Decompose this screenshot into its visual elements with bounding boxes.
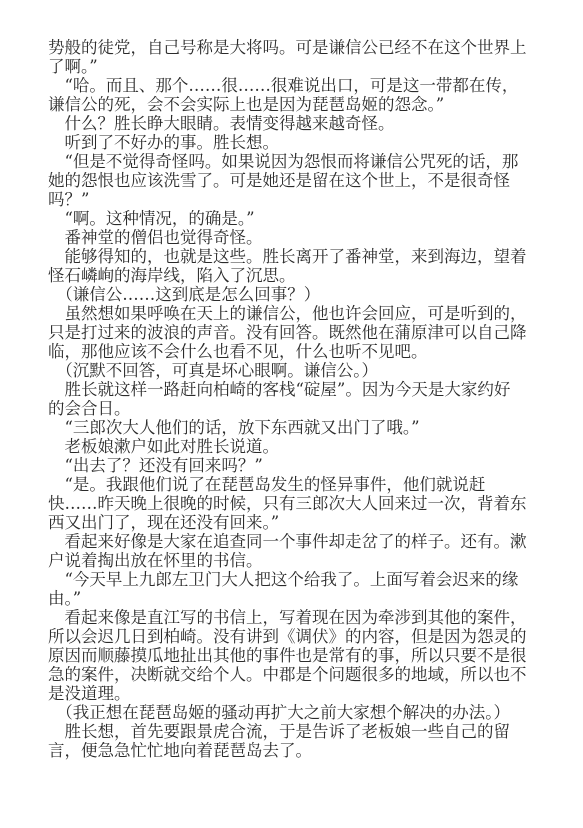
text-block: 势般的徒党，自己号称是大将吗。可是谦信公已经不在这个世界上了啊。” “哈。而且、… [48, 38, 540, 760]
text-line: “出去了？还没有回来吗？” [48, 456, 540, 475]
text-line: “三郎次大人他们的话，放下东西就又出门了哦。” [48, 418, 540, 437]
text-line: 看起来好像是大家在追查同一个事件却走岔了的样子。还有。漱 [48, 532, 540, 551]
text-line: 急的案件，决断就交给个人。中郡是个问题很多的地域，所以也不 [48, 665, 540, 684]
text-line: （谦信公……这到底是怎么回事？） [48, 285, 540, 304]
text-line: 胜长就这样一路赶向柏崎的客栈“碇屋”。因为今天是大家约好 [48, 380, 540, 399]
text-line: 势般的徒党，自己号称是大将吗。可是谦信公已经不在这个世界上 [48, 38, 540, 57]
text-line: 虽然想如果呼唤在天上的谦信公，他也许会回应，可是听到的， [48, 304, 540, 323]
text-line: （我正想在琵琶岛姬的骚动再扩大之前大家想个解决的办法。） [48, 703, 540, 722]
text-line: 是没道理。 [48, 684, 540, 703]
text-line: 看起来像是直江写的书信上，写着现在因为牵涉到其他的案件， [48, 608, 540, 627]
text-line: 怪石嶙峋的海岸线，陷入了沉思。 [48, 266, 540, 285]
text-line: 西又出门了，现在还没有回来。” [48, 513, 540, 532]
text-line: 临，那他应该不会什么也看不见，什么也听不见吧。 [48, 342, 540, 361]
text-line: 胜长想，首先要跟景虎合流，于是告诉了老板娘一些自己的留 [48, 722, 540, 741]
text-line: 老板娘漱户如此对胜长说道。 [48, 437, 540, 456]
text-line: 什么？胜长睁大眼睛。表情变得越来越奇怪。 [48, 114, 540, 133]
text-line: “是。我跟他们说了在琵琶岛发生的怪异事件，他们就说赶 [48, 475, 540, 494]
text-line: 快……昨天晚上很晚的时候，只有三郎次大人回来过一次，背着东 [48, 494, 540, 513]
text-line: 了啊。” [48, 57, 540, 76]
text-line: 番神堂的僧侣也觉得奇怪。 [48, 228, 540, 247]
text-line: 吗？” [48, 190, 540, 209]
text-line: “但是不觉得奇怪吗。如果说因为怨恨而将谦信公咒死的话，那 [48, 152, 540, 171]
text-line: 谦信公的死，会不会实际上也是因为琵琶岛姬的怨念。” [48, 95, 540, 114]
text-line: （沉默不回答，可真是坏心眼啊。谦信公。） [48, 361, 540, 380]
text-line: 原因而顺藤摸瓜地扯出其他的事件也是常有的事，所以只要不是很 [48, 646, 540, 665]
novel-page: 势般的徒党，自己号称是大将吗。可是谦信公已经不在这个世界上了啊。” “哈。而且、… [0, 0, 583, 828]
text-line: 言，便急急忙忙地向着琵琶岛去了。 [48, 741, 540, 760]
text-line: 的会合日。 [48, 399, 540, 418]
text-line: 她的怨恨也应该洗雪了。可是她还是留在这个世上，不是很奇怪 [48, 171, 540, 190]
text-line: 听到了不好办的事。胜长想。 [48, 133, 540, 152]
text-line: 只是打过来的波浪的声音。没有回答。既然他在蒲原津可以自己降 [48, 323, 540, 342]
text-line: 所以会迟几日到柏崎。没有讲到《调伏》的内容，但是因为怨灵的 [48, 627, 540, 646]
text-line: “啊。这种情况，的确是。” [48, 209, 540, 228]
text-line: 户说着掏出放在怀里的书信。 [48, 551, 540, 570]
text-line: “今天早上九郎左卫门大人把这个给我了。上面写着会迟来的缘 [48, 570, 540, 589]
text-line: 能够得知的，也就是这些。胜长离开了番神堂，来到海边，望着 [48, 247, 540, 266]
text-line: “哈。而且、那个……很……很难说出口，可是这一带都在传， [48, 76, 540, 95]
text-line: 由。” [48, 589, 540, 608]
